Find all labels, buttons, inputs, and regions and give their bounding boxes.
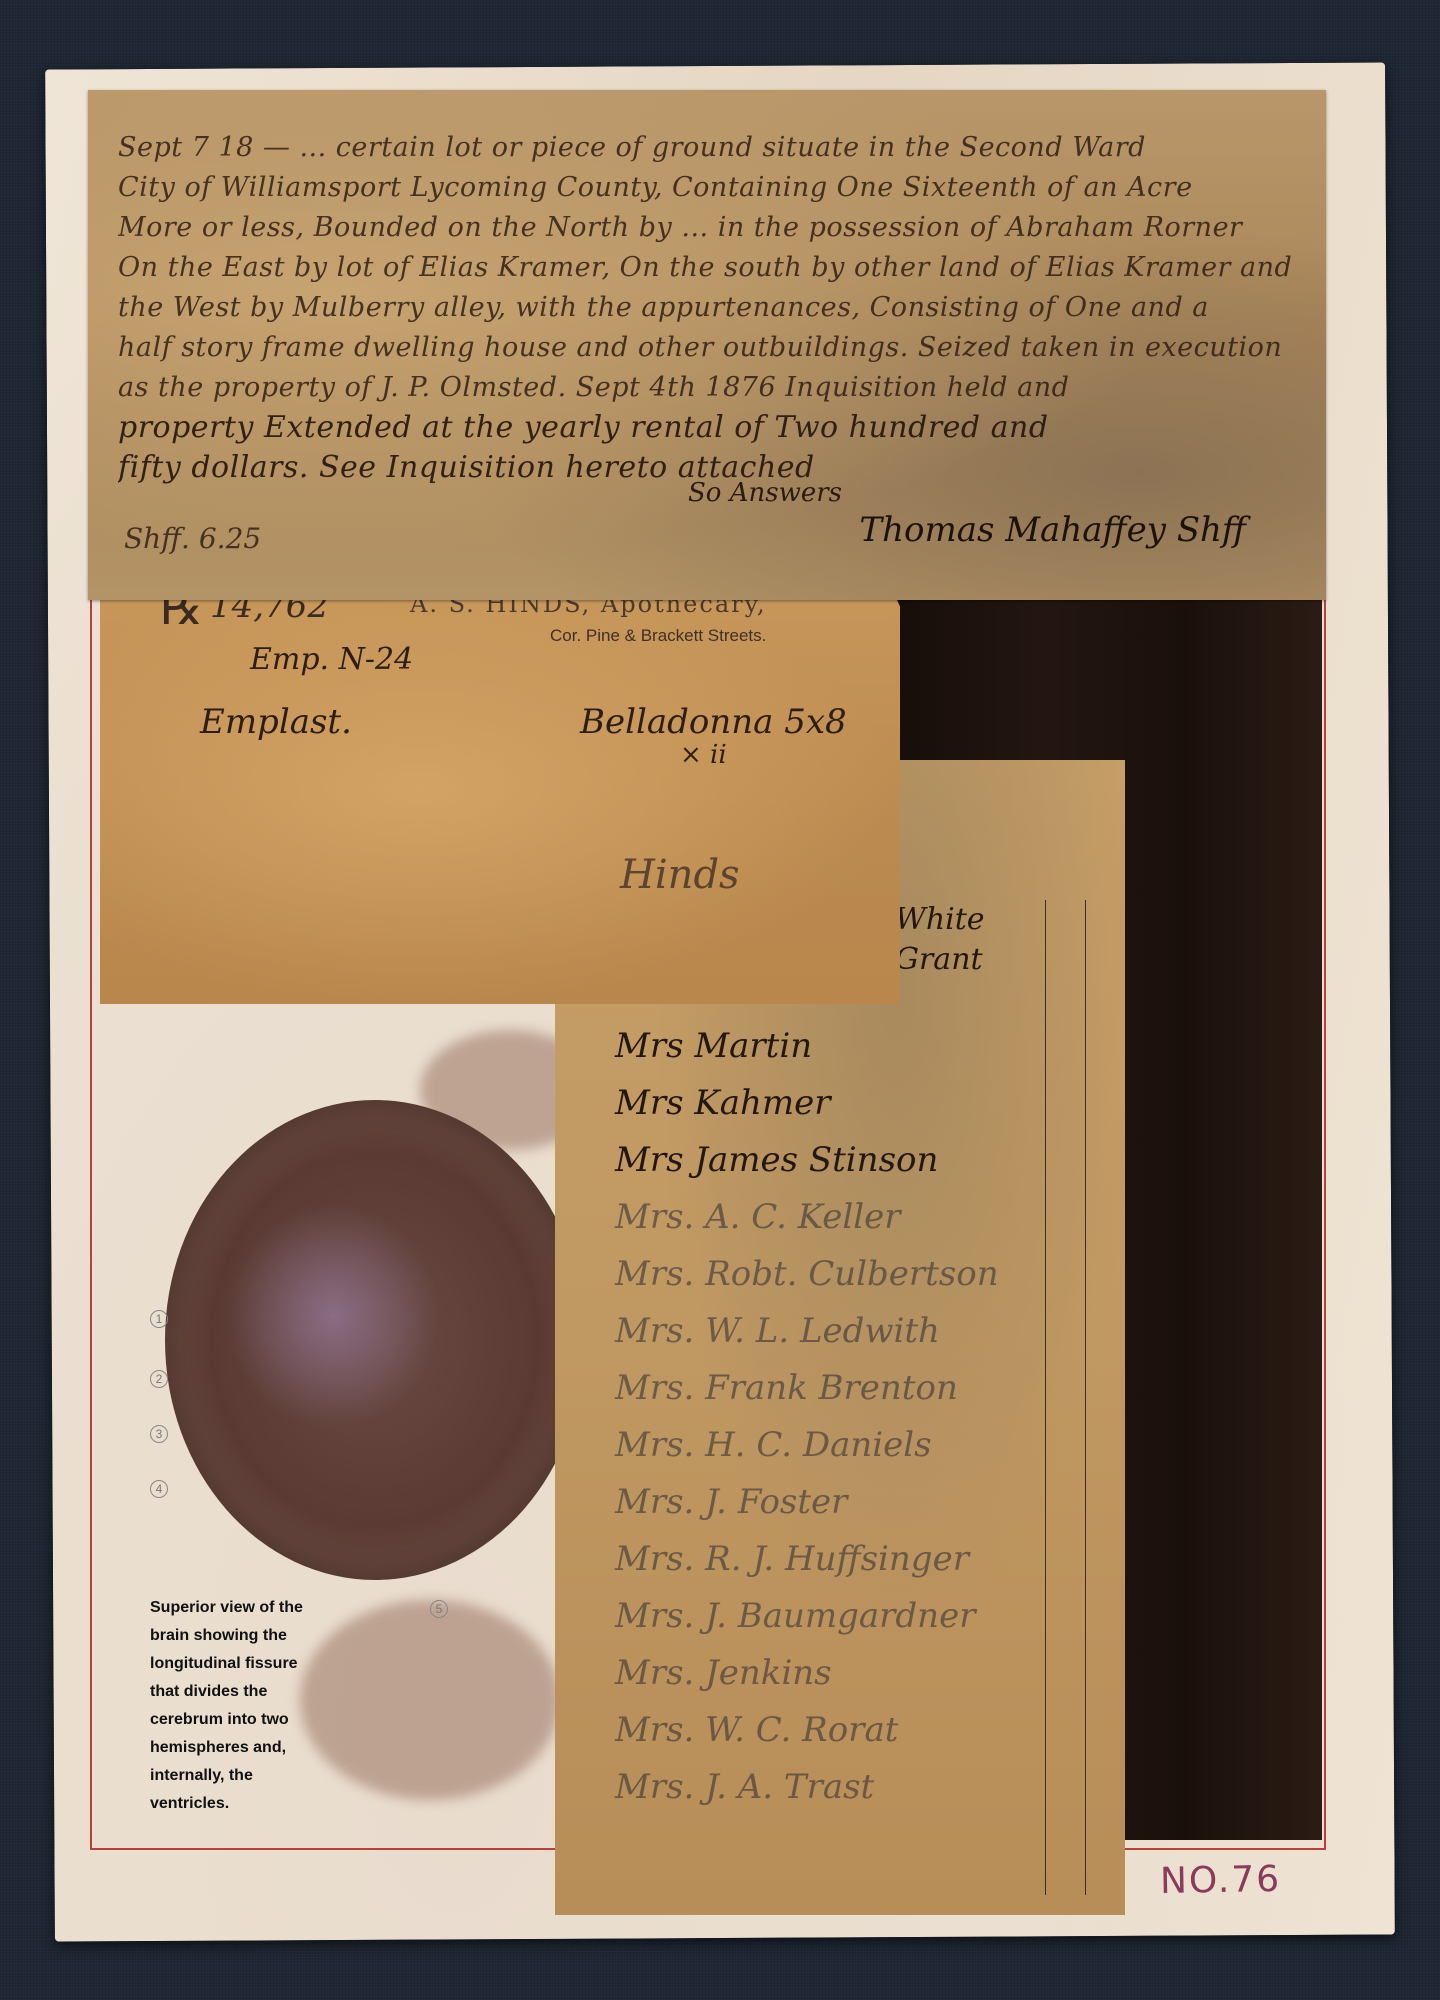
list-top-name: Grant bbox=[895, 940, 985, 980]
list-item: Mrs Kahmer bbox=[615, 1075, 999, 1132]
paint-smear bbox=[300, 1600, 560, 1800]
document-line: half story frame dwelling house and othe… bbox=[118, 328, 1296, 368]
rx-line: Emp. N-24 bbox=[250, 642, 413, 677]
callout-1: 1 bbox=[150, 1310, 168, 1328]
document-line: More or less, Bounded on the North by ..… bbox=[118, 208, 1296, 248]
list-item: Mrs Martin bbox=[615, 1018, 999, 1075]
list-item: Mrs. A. C. Keller bbox=[615, 1189, 999, 1246]
brain-caption: Superior view of the brain showing the l… bbox=[150, 1594, 330, 1818]
callout-5: 5 bbox=[430, 1600, 448, 1618]
document-line: On the East by lot of Elias Kramer, On t… bbox=[118, 248, 1296, 288]
list-item: Mrs. J. Baumgardner bbox=[615, 1588, 999, 1645]
column-rule bbox=[1085, 900, 1086, 1895]
list-item: Mrs. H. C. Daniels bbox=[615, 1417, 999, 1474]
document-line: property Extended at the yearly rental o… bbox=[118, 408, 1296, 448]
prescription-slip: ℞ 14,762 A. S. HINDS, Apothecary, Cor. P… bbox=[100, 572, 900, 1004]
document-text: Sept 7 18 — ... certain lot or piece of … bbox=[118, 128, 1296, 488]
document-line: Sept 7 18 — ... certain lot or piece of … bbox=[118, 128, 1296, 168]
list-item: Mrs. Jenkins bbox=[615, 1645, 999, 1702]
list-item: Mrs. J. A. Trast bbox=[615, 1759, 999, 1816]
list-header: White Grant bbox=[895, 900, 985, 980]
column-rule bbox=[1045, 900, 1046, 1895]
list-top-name: White bbox=[895, 900, 985, 940]
so-answers: So Answers bbox=[688, 478, 842, 508]
legal-document: Sept 7 18 — ... certain lot or piece of … bbox=[88, 90, 1326, 600]
rx-line: Emplast. bbox=[200, 702, 352, 742]
brain-illustration bbox=[165, 1100, 585, 1580]
rx-signature: Hinds bbox=[620, 852, 740, 898]
list-item: Mrs. W. C. Rorat bbox=[615, 1702, 999, 1759]
callout-3: 3 bbox=[150, 1425, 168, 1443]
names-list: Mrs Martin Mrs Kahmer Mrs James Stinson … bbox=[615, 1018, 999, 1816]
callout-2: 2 bbox=[150, 1370, 168, 1388]
apothecary-address: Cor. Pine & Brackett Streets. bbox=[550, 626, 766, 646]
rx-line: Belladonna 5x8 bbox=[580, 702, 847, 742]
catalog-number: NO.76 bbox=[1160, 1859, 1282, 1902]
list-item: Mrs. R. J. Huffsinger bbox=[615, 1531, 999, 1588]
sheriff-signature: Thomas Mahaffey Shff bbox=[859, 510, 1246, 550]
list-item: Mrs. Frank Brenton bbox=[615, 1360, 999, 1417]
document-line: as the property of J. P. Olmsted. Sept 4… bbox=[118, 368, 1296, 408]
list-item: Mrs. J. Foster bbox=[615, 1474, 999, 1531]
rx-line: × ii bbox=[680, 740, 727, 770]
document-line: the West by Mulberry alley, with the app… bbox=[118, 288, 1296, 328]
list-item: Mrs James Stinson bbox=[615, 1132, 999, 1189]
document-line: City of Williamsport Lycoming County, Co… bbox=[118, 168, 1296, 208]
list-item: Mrs. Robt. Culbertson bbox=[615, 1246, 999, 1303]
callout-4: 4 bbox=[150, 1480, 168, 1498]
list-item: Mrs. W. L. Ledwith bbox=[615, 1303, 999, 1360]
sheriff-fee: Shff. 6.25 bbox=[124, 522, 261, 555]
